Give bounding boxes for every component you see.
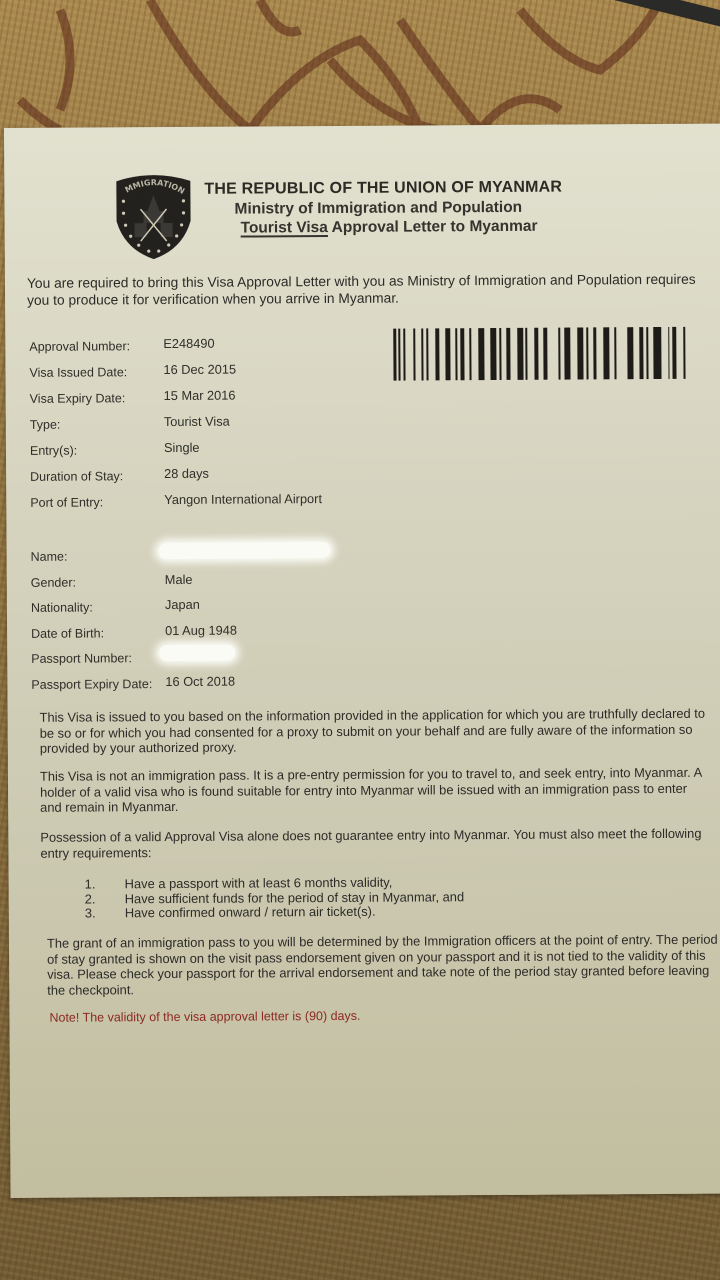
personal-detail-value: 01 Aug 1948 bbox=[165, 622, 237, 637]
personal-detail-label: Nationality: bbox=[31, 600, 93, 614]
personal-detail-value: Male bbox=[165, 571, 193, 586]
visa-detail-label: Type: bbox=[30, 418, 61, 432]
visa-detail-label: Visa Expiry Date: bbox=[30, 391, 126, 406]
visa-detail-value: Tourist Visa bbox=[164, 414, 230, 429]
personal-detail-row: Gender:Male bbox=[31, 573, 391, 595]
visa-detail-value: E248490 bbox=[163, 336, 214, 351]
visa-detail-row: Type:Tourist Visa bbox=[30, 416, 390, 438]
personal-detail-row: Passport Number: bbox=[31, 650, 391, 672]
visa-approval-letter: IMMIGRATION THE REPUBLIC OF THE UNION OF… bbox=[4, 124, 720, 1198]
validity-note: Note! The validity of the visa approval … bbox=[49, 1009, 360, 1025]
personal-detail-label: Name: bbox=[31, 550, 68, 564]
visa-detail-label: Entry(s): bbox=[30, 444, 77, 458]
letter-title: Tourist Visa Approval Letter to Myanmar bbox=[241, 217, 645, 237]
barcode-icon bbox=[393, 327, 685, 381]
requirement-text: Have confirmed onward / return air ticke… bbox=[125, 904, 376, 921]
requirement-item: 3.Have confirmed onward / return air tic… bbox=[85, 904, 464, 921]
personal-detail-label: Gender: bbox=[31, 575, 76, 589]
personal-detail-row: Date of Birth:01 Aug 1948 bbox=[31, 624, 391, 646]
visa-type-underlined: Tourist Visa bbox=[241, 219, 328, 237]
personal-detail-row: Nationality:Japan bbox=[31, 599, 391, 621]
visa-detail-value: Yangon International Airport bbox=[164, 491, 322, 507]
carpet-background-pattern bbox=[0, 0, 720, 140]
letter-title-rest: Approval Letter to Myanmar bbox=[328, 218, 538, 236]
visa-detail-label: Visa Issued Date: bbox=[29, 365, 127, 380]
personal-detail-label: Date of Birth: bbox=[31, 626, 104, 640]
country-title: THE REPUBLIC OF THE UNION OF MYANMAR bbox=[204, 178, 644, 199]
visa-detail-row: Duration of Stay:28 days bbox=[30, 468, 390, 490]
personal-detail-label: Passport Number: bbox=[31, 651, 132, 666]
personal-detail-row: Passport Expiry Date:16 Oct 2018 bbox=[31, 675, 391, 697]
paragraph-immigration-grant: The grant of an immigration pass to you … bbox=[47, 932, 719, 998]
requirements-list: 1.Have a passport with at least 6 months… bbox=[85, 875, 465, 921]
requirement-number: 3. bbox=[85, 906, 125, 921]
visa-detail-label: Port of Entry: bbox=[30, 495, 103, 509]
redacted-value bbox=[159, 542, 331, 559]
visa-detail-value: 15 Mar 2016 bbox=[164, 388, 236, 403]
personal-detail-value: Japan bbox=[165, 597, 200, 612]
paragraph-not-immigration-pass: This Visa is not an immigration pass. It… bbox=[40, 765, 712, 816]
redacted-value bbox=[159, 645, 235, 661]
visa-detail-value: 16 Dec 2015 bbox=[163, 362, 236, 377]
paragraph-issuance: This Visa is issued to you based on the … bbox=[40, 706, 712, 757]
visa-detail-row: Approval Number:E248490 bbox=[29, 338, 389, 360]
visa-detail-row: Port of Entry:Yangon International Airpo… bbox=[30, 494, 390, 516]
personal-detail-row: Name: bbox=[31, 548, 391, 570]
ministry-title: Ministry of Immigration and Population bbox=[234, 198, 644, 219]
visa-detail-row: Entry(s):Single bbox=[30, 442, 390, 464]
letter-header: IMMIGRATION THE REPUBLIC OF THE UNION OF… bbox=[108, 168, 629, 261]
visa-detail-label: Approval Number: bbox=[29, 339, 130, 354]
personal-detail-value: 16 Oct 2018 bbox=[165, 673, 235, 688]
immigration-shield-emblem-icon: IMMIGRATION bbox=[112, 171, 195, 261]
personal-detail-label: Passport Expiry Date: bbox=[31, 677, 152, 692]
intro-paragraph: You are required to bring this Visa Appr… bbox=[27, 271, 707, 309]
visa-detail-row: Visa Expiry Date:15 Mar 2016 bbox=[30, 390, 390, 412]
visa-detail-value: Single bbox=[164, 440, 200, 455]
requirement-number: 1. bbox=[85, 877, 125, 892]
visa-detail-label: Duration of Stay: bbox=[30, 469, 123, 484]
requirement-number: 2. bbox=[85, 892, 125, 907]
visa-detail-value: 28 days bbox=[164, 466, 209, 481]
paragraph-entry-requirements: Possession of a valid Approval Visa alon… bbox=[40, 826, 712, 861]
visa-detail-row: Visa Issued Date:16 Dec 2015 bbox=[29, 364, 389, 386]
requirement-text: Have sufficient funds for the period of … bbox=[125, 889, 464, 906]
pen bbox=[580, 0, 720, 28]
